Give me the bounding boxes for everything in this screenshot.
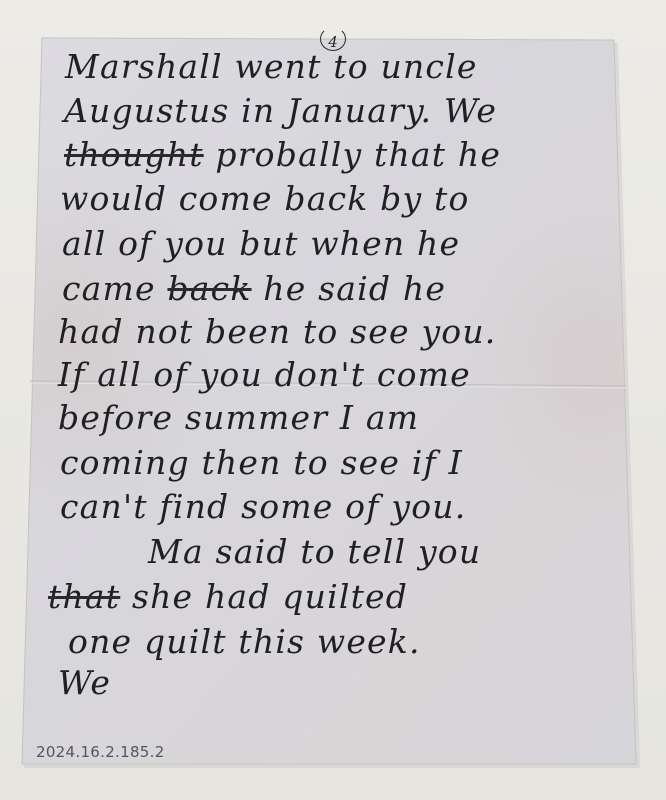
letter-line: Ma said to tell you <box>148 533 481 571</box>
line-text: We <box>58 663 111 702</box>
line-text: came <box>62 269 167 308</box>
line-text: before summer I am <box>58 398 419 437</box>
letter-line: came back he said he <box>62 270 446 308</box>
letter-paper: 4 Marshall went to uncleAugustus in Janu… <box>0 0 666 800</box>
line-text: he said he <box>252 269 447 308</box>
letter-line: thought probally that he <box>64 136 501 174</box>
letter-line: one quilt this week. <box>68 623 421 661</box>
line-text: Ma said to tell you <box>148 532 481 571</box>
line-text: one quilt this week. <box>68 622 421 661</box>
line-text: would come back by to <box>60 179 470 218</box>
letter-line: Marshall went to uncle <box>65 48 478 86</box>
line-text: probally that he <box>204 135 501 174</box>
letter-line: had not been to see you. <box>58 313 497 351</box>
letter-line: that she had quilted <box>48 578 408 616</box>
line-text: coming then to see if I <box>60 443 463 482</box>
letter-line: all of you but when he <box>62 225 460 263</box>
struck-word: back <box>167 269 251 308</box>
letter-line: can't find some of you. <box>60 488 466 526</box>
letter-line: Augustus in January. We <box>64 92 497 130</box>
line-text: all of you but when he <box>62 224 460 263</box>
struck-word: thought <box>64 135 204 174</box>
line-text: she had quilted <box>120 577 408 616</box>
line-text: Marshall went to uncle <box>65 47 478 86</box>
letter-line: If all of you don't come <box>58 356 471 394</box>
line-text: If all of you don't come <box>58 355 471 394</box>
line-text: can't find some of you. <box>60 487 466 526</box>
letter-line: coming then to see if I <box>60 444 463 482</box>
letter-line: would come back by to <box>60 180 470 218</box>
line-text: Augustus in January. We <box>64 91 497 130</box>
letter-line: We <box>58 664 111 702</box>
line-text: had not been to see you. <box>58 312 497 351</box>
struck-word: that <box>48 577 120 616</box>
catalog-number: 2024.16.2.185.2 <box>36 743 165 761</box>
letter-line: before summer I am <box>58 399 419 437</box>
